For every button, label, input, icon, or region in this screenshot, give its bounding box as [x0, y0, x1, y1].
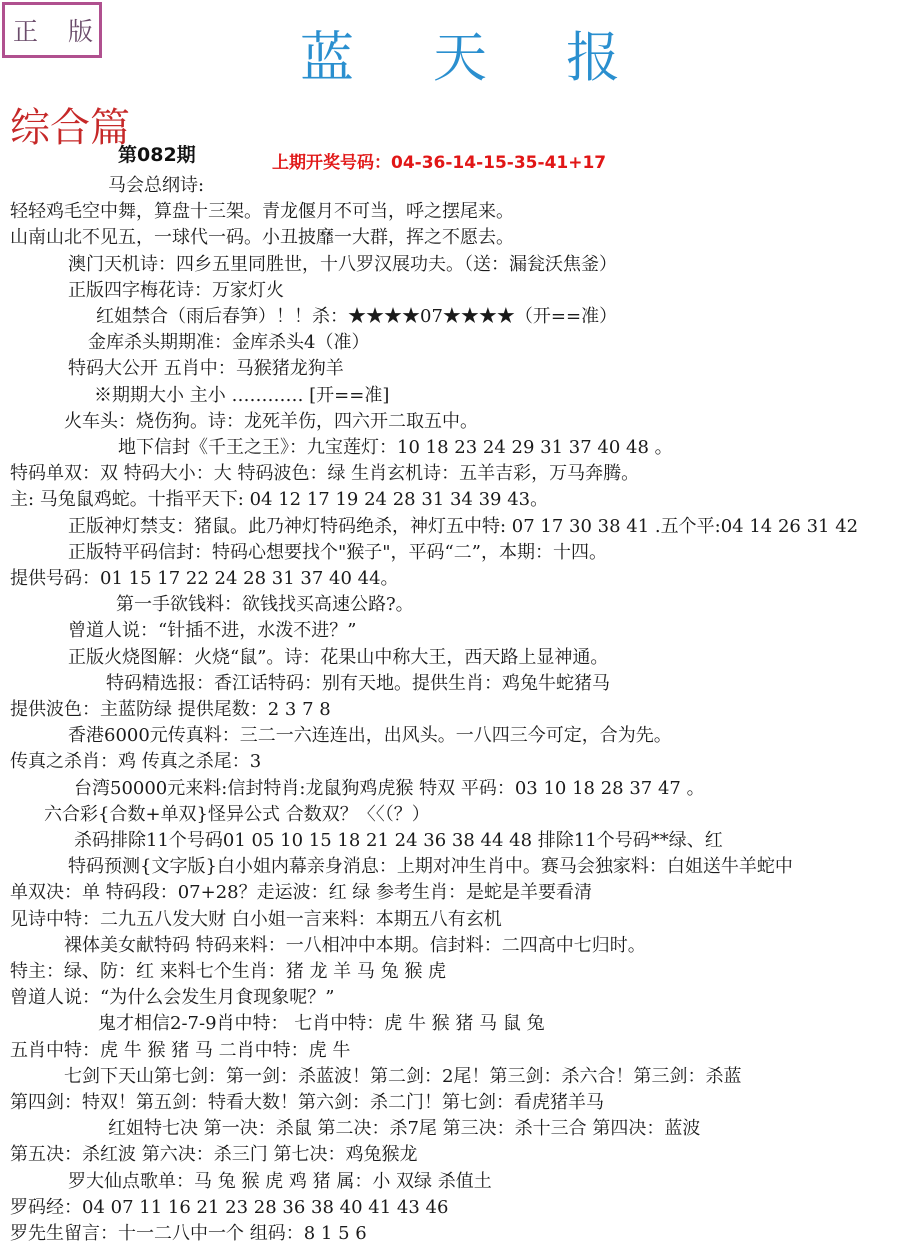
text-line: 提供号码：01 15 17 22 24 28 31 37 40 44。: [10, 567, 399, 591]
text-line: 特码预测{文字版}白小姐内幕亲身消息：上期对冲生肖中。赛马会独家料：白姐送牛羊蛇…: [68, 855, 793, 879]
text-line: 提供波色：主蓝防绿 提供尾数：2 3 7 8: [10, 698, 331, 722]
text-line: 罗先生留言：十一二八中一个 组码：8 1 5 6: [10, 1222, 367, 1245]
text-line: 裸体美女献特码 特码来料：一八相冲中本期。信封料：二四高中七归时。: [64, 934, 646, 958]
text-line: 红姐特七决 第一决：杀鼠 第二决：杀7尾 第三决：杀十三合 第四决：蓝波: [108, 1117, 700, 1141]
text-line: 红姐禁合（雨后春笋）！！杀：★★★★07★★★★（开==准）: [96, 305, 617, 329]
text-line: 特码单双：双 特码大小：大 特码波色：绿 生肖玄机诗：五羊吉彩，万马奔腾。: [10, 462, 639, 486]
text-line: 传真之杀肖：鸡 传真之杀尾：3: [10, 750, 261, 774]
section-title: 综合篇: [10, 96, 130, 153]
last-draw-numbers: 上期开奖号码：04-36-14-15-35-41+17: [272, 148, 606, 173]
text-line: 罗码经：04 07 11 16 21 23 28 36 38 40 41 43 …: [10, 1196, 448, 1220]
text-line: 曾道人说：“针插不进，水泼不进？”: [68, 619, 356, 643]
text-line: 罗大仙点歌单：马 兔 猴 虎 鸡 猪 属：小 双绿 杀值土: [68, 1170, 492, 1194]
text-line: 主: 马兔鼠鸡蛇。十指平天下: 04 12 17 19 24 28 31 34 …: [10, 488, 548, 512]
text-line: 山南山北不见五，一球代一码。小丑披靡一大群，挥之不愿去。: [10, 226, 514, 250]
text-line: 曾道人说：“为什么会发生月食现象呢？”: [10, 986, 334, 1010]
text-line: 第五决：杀红波 第六决：杀三门 第七决：鸡兔猴龙: [10, 1143, 417, 1167]
text-line: 正版四字梅花诗：万家灯火: [68, 279, 284, 303]
badge-char-1: 正: [13, 12, 38, 48]
text-line: 正版神灯禁支：猪鼠。此乃神灯特码绝杀，神灯五中特: 07 17 30 38 41…: [68, 515, 858, 539]
masthead-title: 蓝 天 报: [300, 18, 620, 88]
text-line: 鬼才相信2-7-9肖中特： 七肖中特：虎 牛 猴 猪 马 鼠 兔: [98, 1012, 545, 1036]
text-line: 五肖中特：虎 牛 猴 猪 马 二肖中特：虎 牛: [10, 1039, 350, 1063]
text-line: 香港6000元传真料：三二一六连连出，出风头。一八四三今可定，合为先。: [68, 724, 672, 748]
text-line: 马会总纲诗:: [108, 174, 204, 198]
text-line: 见诗中特：二九五八发大财 白小姐一言来料：本期五八有玄机: [10, 908, 502, 932]
text-line: 第四剑：特双！第五剑：特看大数！第六剑：杀二门！第七剑：看虎猪羊马: [10, 1091, 604, 1115]
text-line: 地下信封《千王之王》：九宝莲灯：10 18 23 24 29 31 37 40 …: [118, 436, 673, 460]
text-line: 金库杀头期期准：金库杀头4（准）: [88, 331, 369, 355]
text-line: 澳门天机诗：四乡五里同胜世，十八罗汉展功夫。（送：漏瓮沃焦釜）: [68, 253, 617, 277]
text-line: 七剑下天山第七剑：第一剑：杀蓝波！第二剑：2尾！第三剑：杀六合！第三剑：杀蓝: [64, 1065, 741, 1089]
text-line: 特码大公开 五肖中：马猴猪龙狗羊: [68, 357, 344, 381]
text-line: 特码精选报：香江话特码：别有天地。提供生肖：鸡兔牛蛇猪马: [106, 672, 610, 696]
masthead-char-2: 天: [433, 15, 487, 92]
text-line: ※期期大小 主小 ………… [开==准]: [94, 384, 389, 408]
text-line: 单双决：单 特码段：07+28？走运波：红 绿 参考生肖：是蛇是羊要看清: [10, 881, 592, 905]
masthead-char-3: 报: [566, 15, 620, 92]
text-line: 六合彩{合数+单双}怪异公式 合数双？〈〈（？）: [44, 803, 430, 827]
edition-badge: 正 版: [2, 2, 102, 58]
text-line: 正版特平码信封：特码心想要找个"猴子"，平码“二”，本期：十四。: [68, 541, 607, 565]
text-line: 第一手欲钱料：欲钱找买高速公路?。: [116, 593, 414, 617]
text-line: 正版火烧图解：火烧“鼠”。诗：花果山中称大王，西天路上显神通。: [68, 646, 608, 670]
text-line: 台湾50000元来料:信封特肖:龙鼠狗鸡虎猴 特双 平码：03 10 18 28…: [74, 777, 705, 801]
issue-number: 第082期: [118, 140, 196, 167]
masthead-char-1: 蓝: [300, 15, 354, 92]
text-line: 轻轻鸡毛空中舞，算盘十三架。青龙偃月不可当，呼之摆尾来。: [10, 200, 514, 224]
text-line: 特主：绿、防：红 来料七个生肖：猪 龙 羊 马 兔 猴 虎: [10, 960, 446, 984]
badge-char-2: 版: [68, 12, 93, 48]
text-line: 杀码排除11个号码01 05 10 15 18 21 24 36 38 44 4…: [74, 829, 723, 853]
text-line: 火车头：烧伤狗。诗：龙死羊伤，四六开二取五中。: [64, 410, 478, 434]
